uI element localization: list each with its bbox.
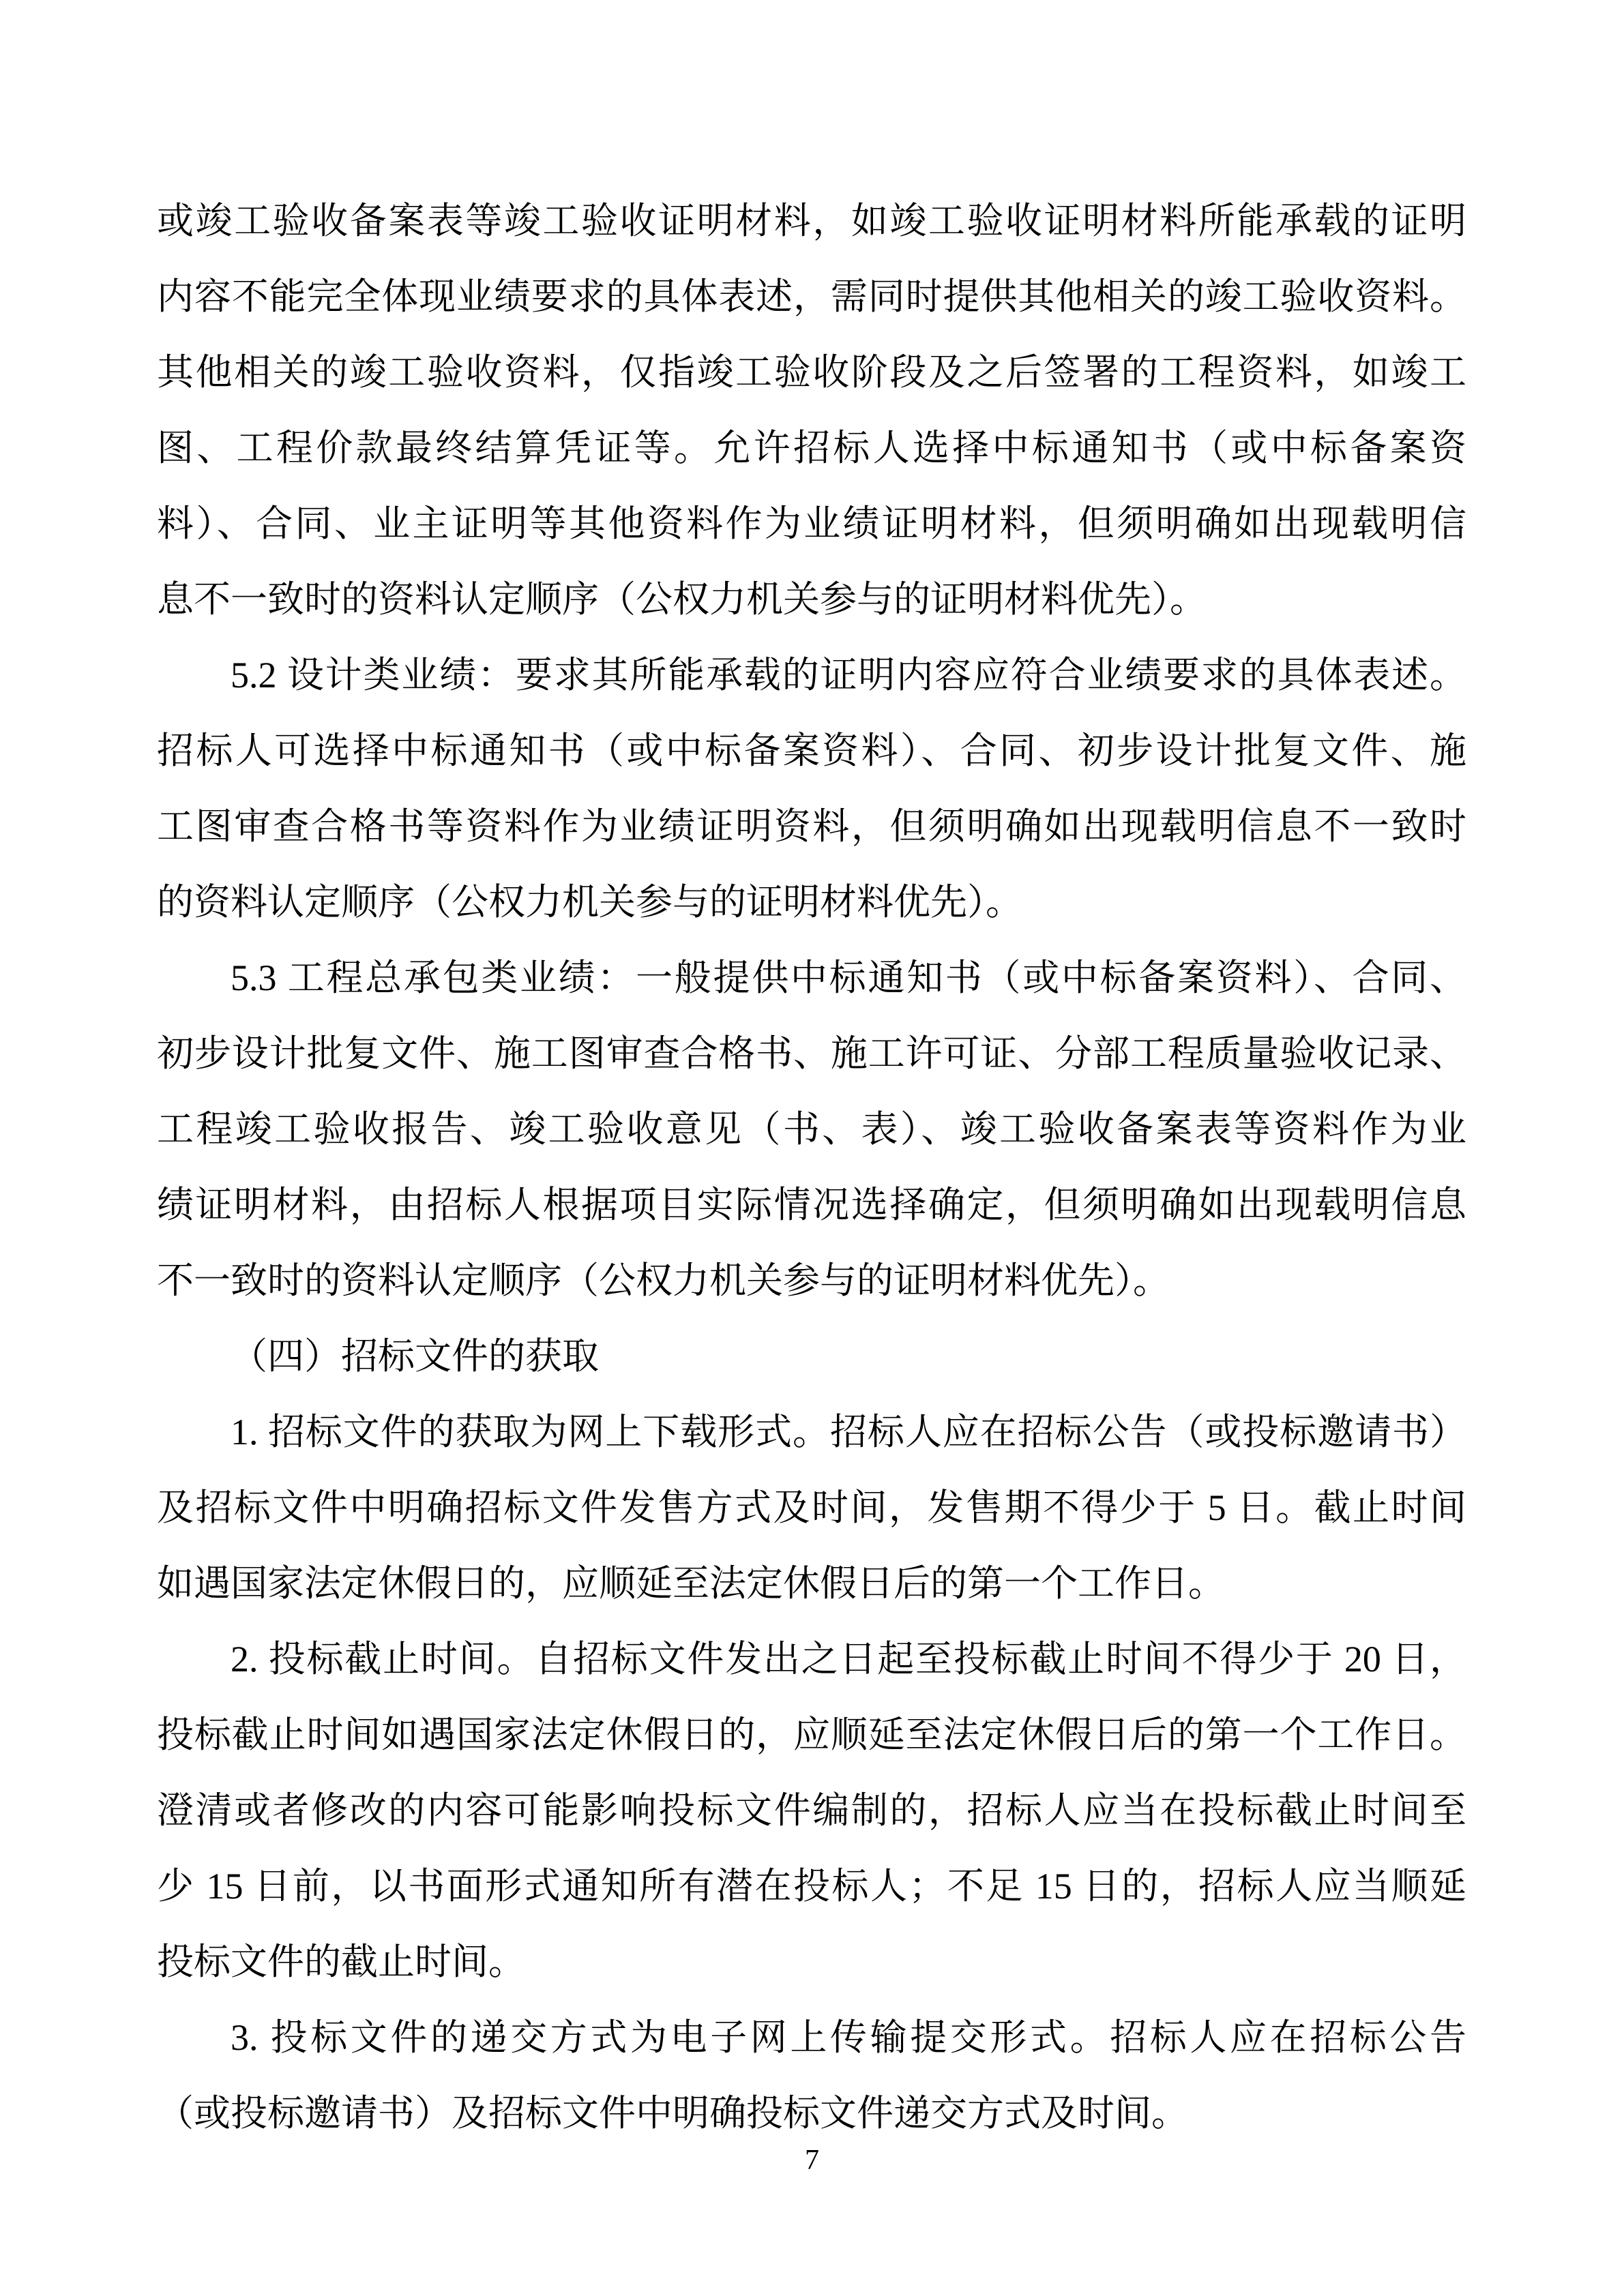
text-line-13: 工程竣工验收报告、竣工验收意见（书、表）、竣工验收备案表等资料作为业 bbox=[157, 1092, 1466, 1167]
text-line-25: 3. 投标文件的递交方式为电子网上传输提交形式。招标人应在招标公告 bbox=[157, 2000, 1466, 2076]
text-line-3: 其他相关的竣工验收资料，仅指竣工验收阶段及之后签署的工程资料，如竣工 bbox=[157, 335, 1466, 411]
text-line-22: 澄清或者修改的内容可能影响投标文件编制的，招标人应当在投标截止时间至 bbox=[157, 1773, 1466, 1849]
text-line-5: 料）、合同、业主证明等其他资料作为业绩证明材料，但须明确如出现载明信 bbox=[157, 486, 1466, 562]
section-heading-line: （四）招标文件的获取 bbox=[157, 1319, 1466, 1395]
document-body: 或竣工验收备案表等竣工验收证明材料，如竣工验收证明材料所能承载的证明 内容不能完… bbox=[157, 183, 1466, 2151]
text-line-12: 初步设计批复文件、施工图审查合格书、施工许可证、分部工程质量验收记录、 bbox=[157, 1016, 1466, 1092]
text-line-18: 及招标文件中明确招标文件发售方式及时间，发售期不得少于 5 日。截止时间 bbox=[157, 1470, 1466, 1546]
text-line-7: 5.2 设计类业绩：要求其所能承载的证明内容应符合业绩要求的具体表述。 bbox=[157, 638, 1466, 713]
text-line-9: 工图审查合格书等资料作为业绩证明资料，但须明确如出现载明信息不一致时 bbox=[157, 789, 1466, 865]
text-line-19: 如遇国家法定休假日的，应顺延至法定休假日后的第一个工作日。 bbox=[157, 1546, 1466, 1622]
text-line-15: 不一致时的资料认定顺序（公权力机关参与的证明材料优先）。 bbox=[157, 1243, 1466, 1319]
page-number: 7 bbox=[0, 2140, 1624, 2181]
text-line-8: 招标人可选择中标通知书（或中标备案资料）、合同、初步设计批复文件、施 bbox=[157, 713, 1466, 789]
text-line-11: 5.3 工程总承包类业绩：一般提供中标通知书（或中标备案资料）、合同、 bbox=[157, 940, 1466, 1016]
text-line-2: 内容不能完全体现业绩要求的具体表述，需同时提供其他相关的竣工验收资料。 bbox=[157, 259, 1466, 335]
text-line-10: 的资料认定顺序（公权力机关参与的证明材料优先）。 bbox=[157, 865, 1466, 940]
text-line-24: 投标文件的截止时间。 bbox=[157, 1924, 1466, 2000]
text-line-4: 图、工程价款最终结算凭证等。允许招标人选择中标通知书（或中标备案资 bbox=[157, 411, 1466, 486]
text-line-14: 绩证明材料，由招标人根据项目实际情况选择确定，但须明确如出现载明信息 bbox=[157, 1167, 1466, 1243]
text-line-17: 1. 招标文件的获取为网上下载形式。招标人应在招标公告（或投标邀请书） bbox=[157, 1395, 1466, 1470]
text-line-20: 2. 投标截止时间。自招标文件发出之日起至投标截止时间不得少于 20 日， bbox=[157, 1622, 1466, 1697]
text-line-21: 投标截止时间如遇国家法定休假日的，应顺延至法定休假日后的第一个工作日。 bbox=[157, 1697, 1466, 1773]
text-line-6: 息不一致时的资料认定顺序（公权力机关参与的证明材料优先）。 bbox=[157, 562, 1466, 638]
text-line-1: 或竣工验收备案表等竣工验收证明材料，如竣工验收证明材料所能承载的证明 bbox=[157, 183, 1466, 259]
document-page: 或竣工验收备案表等竣工验收证明材料，如竣工验收证明材料所能承载的证明 内容不能完… bbox=[0, 0, 1624, 2296]
text-line-23: 少 15 日前，以书面形式通知所有潜在投标人；不足 15 日的，招标人应当顺延 bbox=[157, 1849, 1466, 1924]
